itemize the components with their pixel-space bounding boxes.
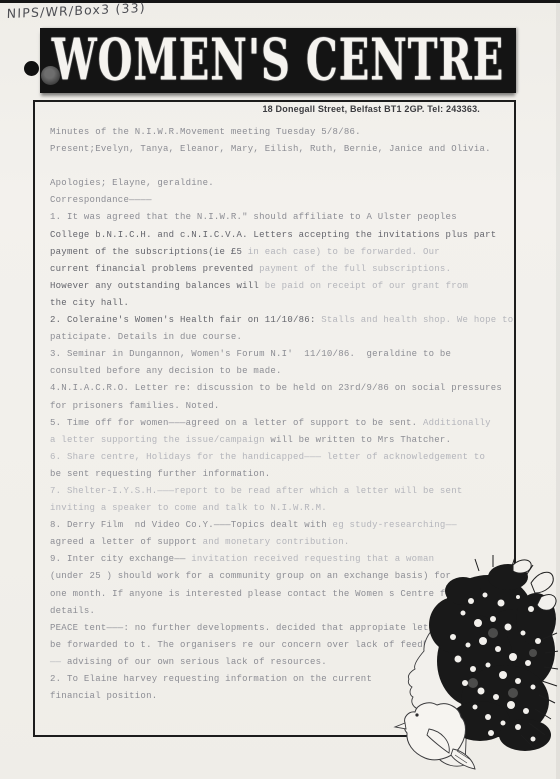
woman-profile-illustration: [393, 553, 558, 777]
document-line: Apologies; Elayne, geraldine.: [50, 175, 520, 192]
document-line: a letter supporting the issue/campaign w…: [50, 432, 520, 449]
letterhead-banner: WOMEN'S CENTRE: [40, 28, 516, 93]
document-line: payment of the subscriptions(ie £5 in ea…: [50, 244, 520, 261]
document-line: for prisoners families. Noted.: [50, 398, 520, 415]
document-line: College b.N.I.C.H. and c.N.I.C.V.A. Lett…: [50, 227, 520, 244]
document-line: agreed a letter of support and monetary …: [50, 534, 520, 551]
document-line: the city hall.: [50, 295, 520, 312]
document-line: 5. Time off for women———agreed on a lett…: [50, 415, 520, 432]
document-line: consulted before any decision to be made…: [50, 363, 520, 380]
document-line: [50, 158, 520, 175]
document-line: 4.N.I.A.C.R.O. Letter re: discussion to …: [50, 380, 520, 397]
hole-punch-mark-2: [41, 66, 60, 85]
dove-eye: [415, 713, 418, 716]
document-line: 8. Derry Film nd Video Co.Y.———Topics de…: [50, 517, 520, 534]
document-line: paticipate. Details in due course.: [50, 329, 520, 346]
document-line: 6. Share centre, Holidays for the handic…: [50, 449, 520, 466]
document-line: current financial problems prevented pay…: [50, 261, 520, 278]
document-line: 7. Shelter-I.Y.S.H.———report to be read …: [50, 483, 520, 500]
document-line: Correspondance————: [50, 192, 520, 209]
document-line: be sent requesting further information.: [50, 466, 520, 483]
organisation-title: WOMEN'S CENTRE: [52, 27, 505, 94]
address-line: 18 Donegall Street, Belfast BT1 2GP. Tel…: [250, 104, 480, 114]
document-line: 3. Seminar in Dungannon, Women's Forum N…: [50, 346, 520, 363]
archive-annotation: NIPS/WR/Box3 (33): [7, 0, 146, 21]
hole-punch-mark: [24, 61, 39, 76]
document-line: 1. It was agreed that the N.I.W.R." shou…: [50, 209, 520, 226]
document-line: inviting a speaker to come and talk to N…: [50, 500, 520, 517]
document-line: However any outstanding balances will be…: [50, 278, 520, 295]
document-line: Present;Evelyn, Tanya, Eleanor, Mary, Ei…: [50, 141, 520, 158]
document-line: Minutes of the N.I.W.R.Movement meeting …: [50, 124, 520, 141]
document-line: 2. Coleraine's Women's Health fair on 11…: [50, 312, 520, 329]
scanned-page: NIPS/WR/Box3 (33) WOMEN'S CENTRE 18 Done…: [0, 0, 560, 779]
